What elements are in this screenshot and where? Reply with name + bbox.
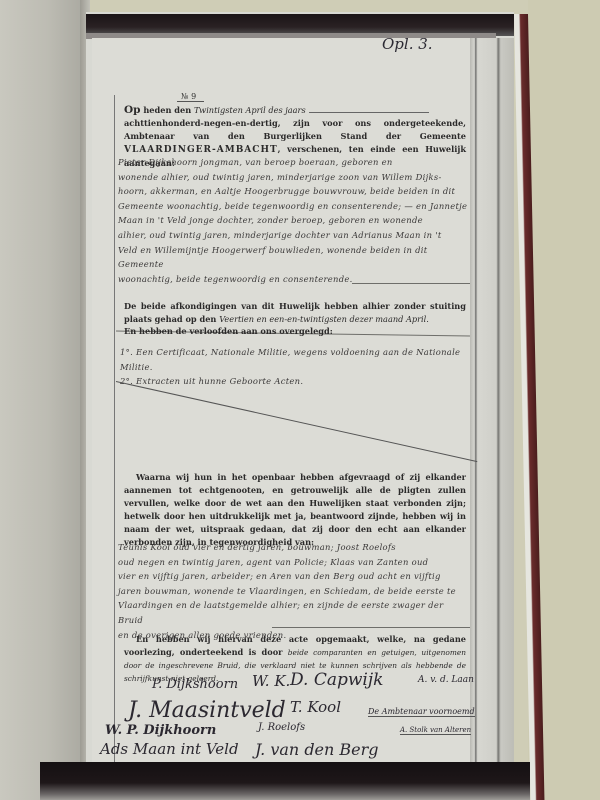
copy-bottom-shadow: [40, 762, 530, 800]
signature: A. v. d. Laan: [418, 675, 474, 685]
parties-line: Veld en Willemijntje Hoogerwerf bouwlied…: [118, 243, 470, 272]
fill-rule: [352, 283, 470, 284]
parties-line: Gemeente woonachtig, beide tegenwoordig …: [118, 199, 470, 214]
witness-line: Teunis Kool oud vier en dertig jaren, bo…: [118, 540, 470, 555]
parties-line: alhier, oud twintig jaren, minderjarige …: [118, 228, 470, 243]
record-reference: Opl. 3.: [382, 35, 433, 53]
signature: J. Roelofs: [258, 722, 305, 733]
intro-line1-printed: heden den: [143, 105, 191, 115]
record-number: № 9: [177, 92, 204, 102]
documents-heading: En hebben de verloofden aan ons overgele…: [124, 325, 466, 338]
left-facing-page: [0, 0, 86, 800]
document-item: 1°. Een Certificaat, Nationale Militie, …: [120, 345, 472, 374]
municipality-name: VLAARDINGER-AMBACHT: [124, 145, 278, 155]
fill-rule: [272, 627, 470, 628]
witness-line: oud negen en twintig jaren, agent van Po…: [118, 555, 470, 570]
intro-line2-printed: achttienhonderd-negen-en-dertig, zijn vo…: [124, 118, 466, 141]
signature: Ads Maan int Veld: [100, 740, 239, 758]
parties-line: woonachtig, beide tegenwoordig en consen…: [118, 272, 470, 287]
parties-line: hoorn, akkerman, en Aaltje Hoogerbrugge …: [118, 184, 470, 199]
signature: P. Dijkshoorn: [152, 677, 238, 692]
signature: D. Capwijk: [290, 670, 383, 690]
signature: T. Kool: [290, 698, 341, 716]
form-left-frame: [114, 95, 115, 765]
signature: A. Stolk van Alteren: [400, 726, 471, 735]
witness-line: jaren bouwman, wonende te Vlaardingen, e…: [118, 584, 470, 599]
parties-line: Pieter Dijkshoorn jongman, van beroep bo…: [118, 155, 470, 170]
signature: W. K.: [252, 672, 290, 690]
signature: W. P. Dijkhoorn: [105, 723, 216, 738]
intro-lead: Op: [124, 104, 141, 116]
ceremony-text: Waarna wij hun in het openbaar hebben af…: [124, 471, 466, 549]
form-margin-columns: [470, 38, 514, 762]
proclamations-printed: De beide afkondigingen van dit Huwelijk …: [124, 300, 466, 326]
documents-list: 1°. Een Certificaat, Nationale Militie, …: [120, 345, 472, 389]
registrar-signature: De Ambtenaar voornoemd: [368, 707, 475, 717]
signature: J. Maasintveld: [128, 698, 286, 723]
proclamations-handwritten: Veertien en een-en-twintigsten dezer maa…: [219, 314, 429, 324]
witness-line: vier en vijftig jaren, arbeider; en Aren…: [118, 569, 470, 584]
parties-line: Maan in 't Veld jonge dochter, zonder be…: [118, 213, 470, 228]
parties-line: wonende alhier, oud twintig jaren, minde…: [118, 170, 470, 185]
parties-handwritten: Pieter Dijkshoorn jongman, van beroep bo…: [118, 155, 470, 286]
document-item: 2°. Extracten uit hunne Geboorte Acten.: [120, 374, 472, 389]
intro-date-handwritten: Twintigsten April des jaars: [194, 105, 306, 115]
signature: J. van den Berg: [255, 740, 379, 759]
witness-line: Vlaardingen en de laatstgemelde alhier; …: [118, 598, 470, 627]
